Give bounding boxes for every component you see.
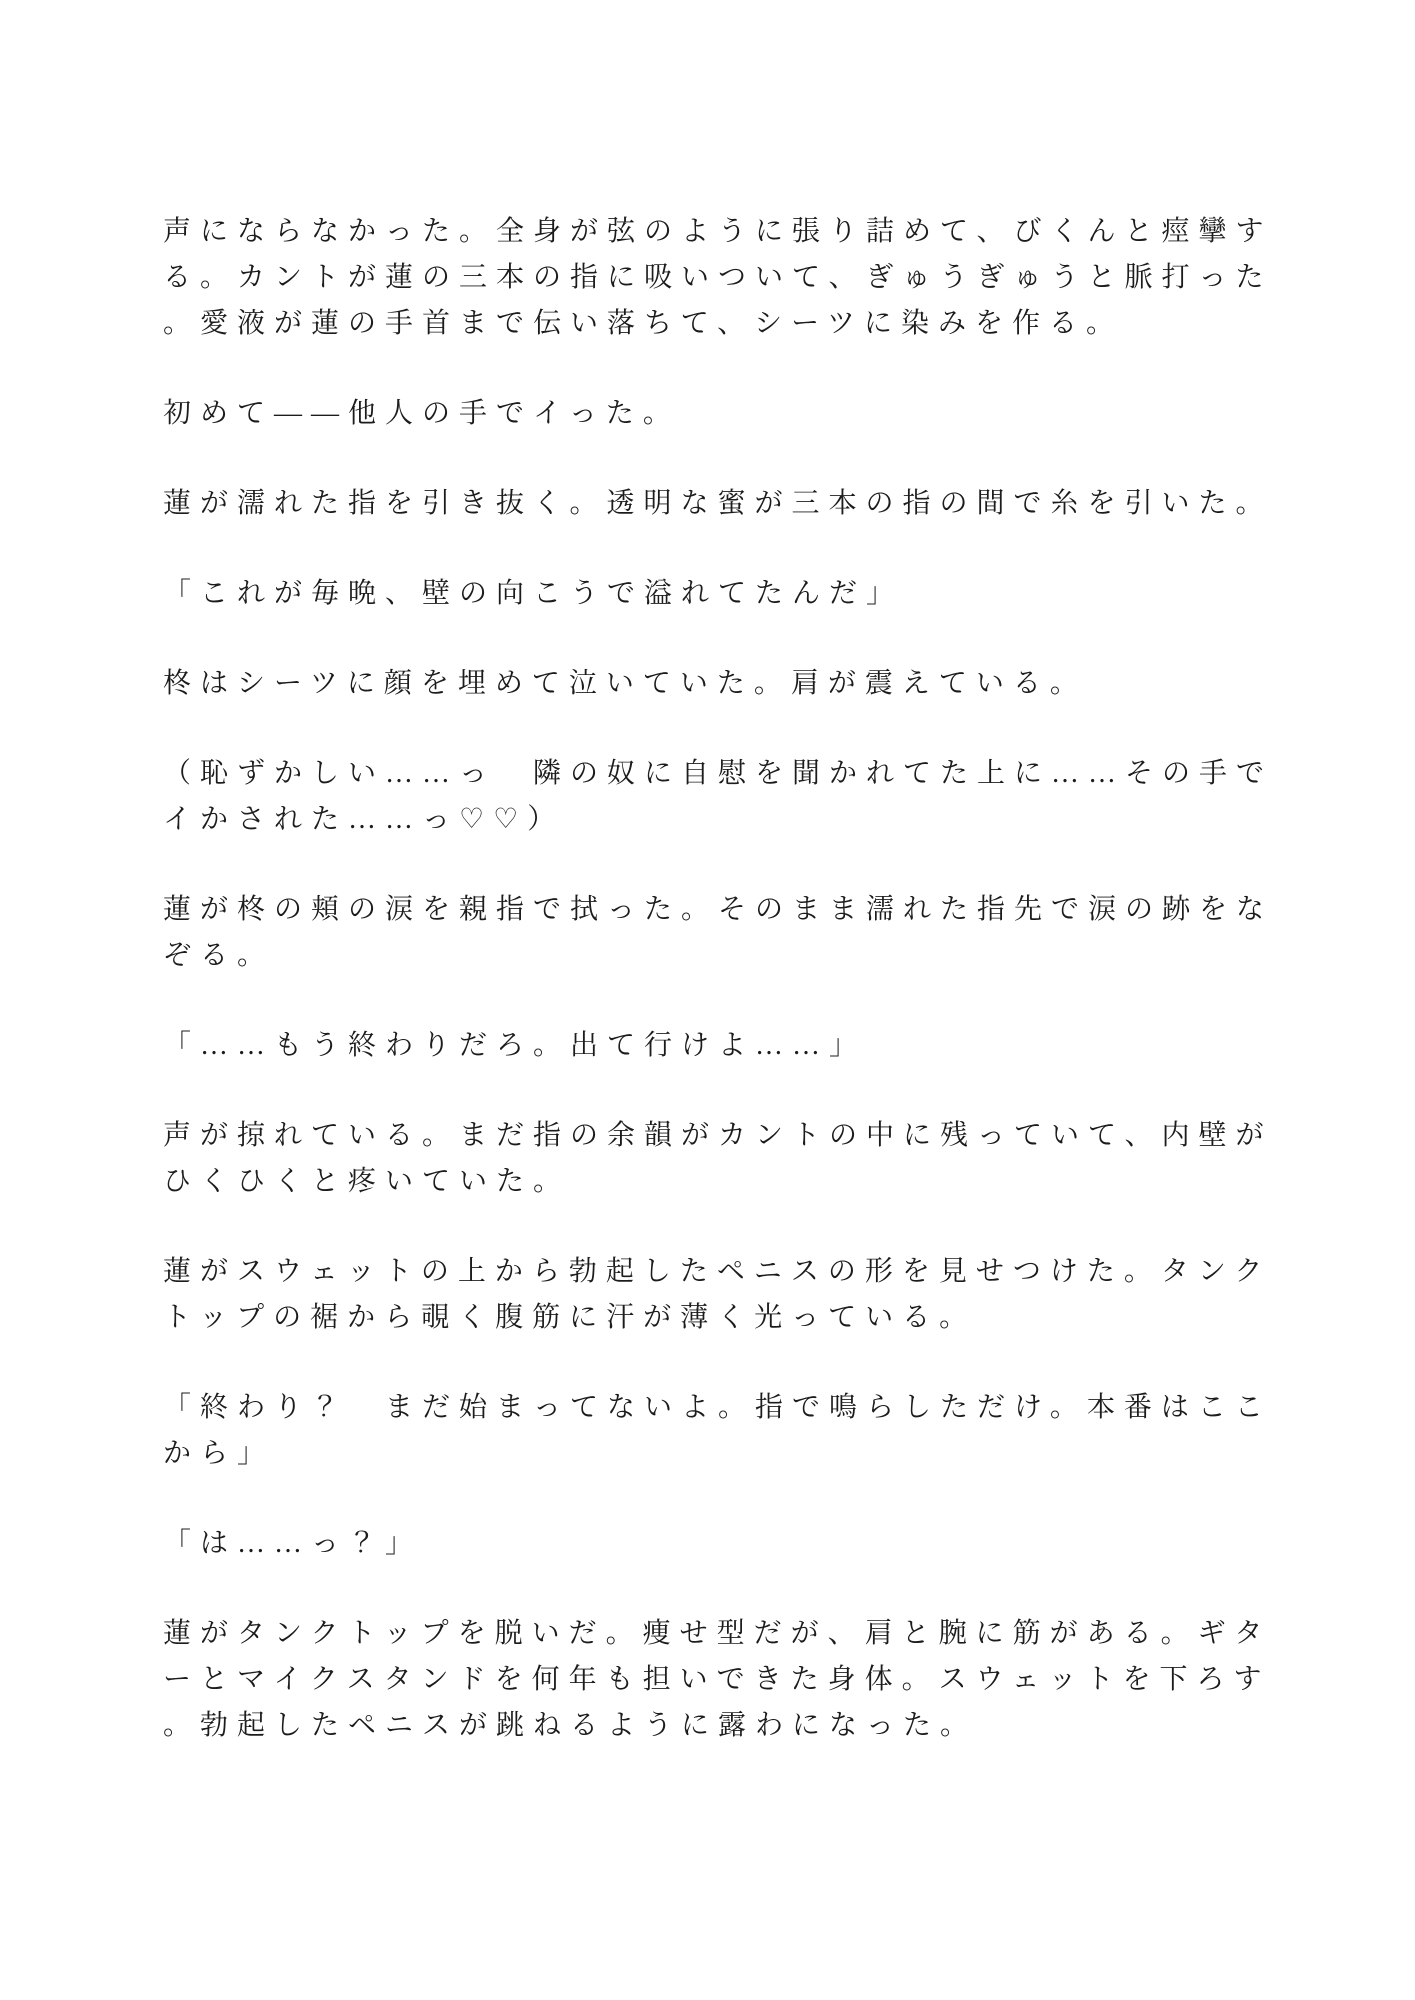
paragraph: 蓮がスウェットの上から勃起したペニスの形を見せつけた。タンクトップの裾から覗く腹…	[163, 1249, 1277, 1341]
paragraph: 「は……っ？」	[163, 1521, 1277, 1567]
paragraph: 声が掠れている。まだ指の余韻がカントの中に残っていて、内壁がひくひくと疼いていた…	[163, 1113, 1277, 1205]
paragraph: 「終わり？ まだ始まってないよ。指で鳴らしただけ。本番はここから」	[163, 1385, 1277, 1477]
paragraph: 蓮がタンクトップを脱いだ。痩せ型だが、肩と腕に筋がある。ギターとマイクスタンドを…	[163, 1611, 1277, 1749]
paragraph: 蓮が柊の頬の涙を親指で拭った。そのまま濡れた指先で涙の跡をなぞる。	[163, 887, 1277, 979]
document-page: 声にならなかった。全身が弦のように張り詰めて、びくんと痙攣する。カントが蓮の三本…	[163, 209, 1277, 1749]
paragraph: 声にならなかった。全身が弦のように張り詰めて、びくんと痙攣する。カントが蓮の三本…	[163, 209, 1277, 347]
paragraph: 初めて——他人の手でイった。	[163, 391, 1277, 437]
paragraph: 柊はシーツに顔を埋めて泣いていた。肩が震えている。	[163, 661, 1277, 707]
paragraph: 「これが毎晩、壁の向こうで溢れてたんだ」	[163, 571, 1277, 617]
paragraph: （恥ずかしい……っ 隣の奴に自慰を聞かれてた上に……その手でイかされた……っ♡♡…	[163, 751, 1277, 843]
paragraph: 蓮が濡れた指を引き抜く。透明な蜜が三本の指の間で糸を引いた。	[163, 481, 1277, 527]
story-text-block: 声にならなかった。全身が弦のように張り詰めて、びくんと痙攣する。カントが蓮の三本…	[163, 209, 1277, 1749]
paragraph: 「……もう終わりだろ。出て行けよ……」	[163, 1023, 1277, 1069]
